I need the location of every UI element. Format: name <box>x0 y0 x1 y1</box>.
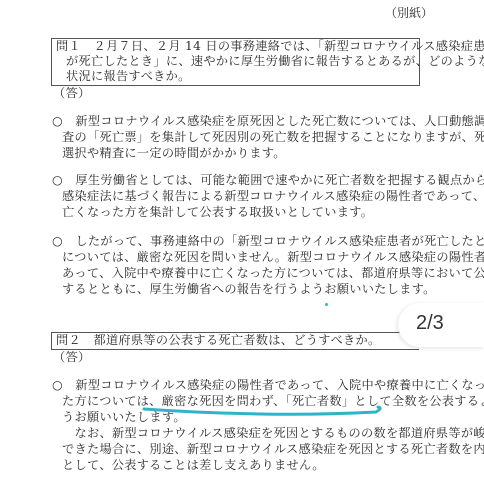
paragraph-line: 亡くなった方を集計して公表する取扱いとしています。 <box>62 205 373 220</box>
paragraph-line: 感染症法に基づく報告による新型コロナウイルス感染症の陽性者であって、 <box>62 189 484 204</box>
paragraph-line: 選択や精査に一定の時間がかかります。 <box>62 146 286 161</box>
paragraph-line: については、厳密な死因を問いません。新型コロナウイルス感染症の陽性者で <box>62 250 484 265</box>
attachment-label: （別紙） <box>385 4 433 21</box>
question-1-line: 問１ ２月７日、２月 14 日の事務連絡では、「新型コロナウイルス感染症患者 <box>56 39 484 54</box>
question-1-line: が死亡したとき」に、速やかに厚生労働省に報告するとあるが、どのような <box>66 54 484 69</box>
paragraph-line: として、公表することは差し支えありません。 <box>62 458 325 473</box>
paragraph-line: 査の「死亡票」を集計して死因別の死亡数を把握することになりますが、死因 <box>62 130 484 145</box>
page-indicator: 2/3 <box>398 303 484 347</box>
paragraph-line: ○ したがって、事務連絡中の「新型コロナウイルス感染症患者が死亡したとき」 <box>52 234 484 249</box>
answer-label: （答） <box>53 350 90 365</box>
highlight-underline <box>140 404 385 420</box>
paragraph-line: あって、入院中や療養中に亡くなった方については、都道府県等において公表 <box>62 266 484 281</box>
paragraph-line: ○ 新型コロナウイルス感染症の陽性者であって、入院中や療養中に亡くなっ <box>52 378 484 393</box>
answer-label: （答） <box>53 86 90 101</box>
page-indicator-text: 2/3 <box>416 312 444 335</box>
question-2-line: 問２ 都道府県等の公表する死亡者数は、どうすべきか。 <box>56 333 380 348</box>
paragraph-line: できた場合に、別途、新型コロナウイルス感染症を死因とする死亡者数を内数 <box>62 442 484 457</box>
paragraph-line: なお、新型コロナウイルス感染症を死因とするものの数を都道府県等が峻別 <box>62 426 484 441</box>
paragraph-line: するとともに、厚生労働省への報告を行うようお願いいたします。 <box>62 282 436 297</box>
question-1-line: 状況に報告すべきか。 <box>66 69 191 84</box>
annotation-dot <box>325 303 328 306</box>
paragraph-line: ○ 新型コロナウイルス感染症を原死因とした死亡数については、人口動態調 <box>52 114 484 129</box>
paragraph-line: ○ 厚生労働省としては、可能な範囲で速やかに死亡者数を把握する観点から、 <box>52 173 484 188</box>
